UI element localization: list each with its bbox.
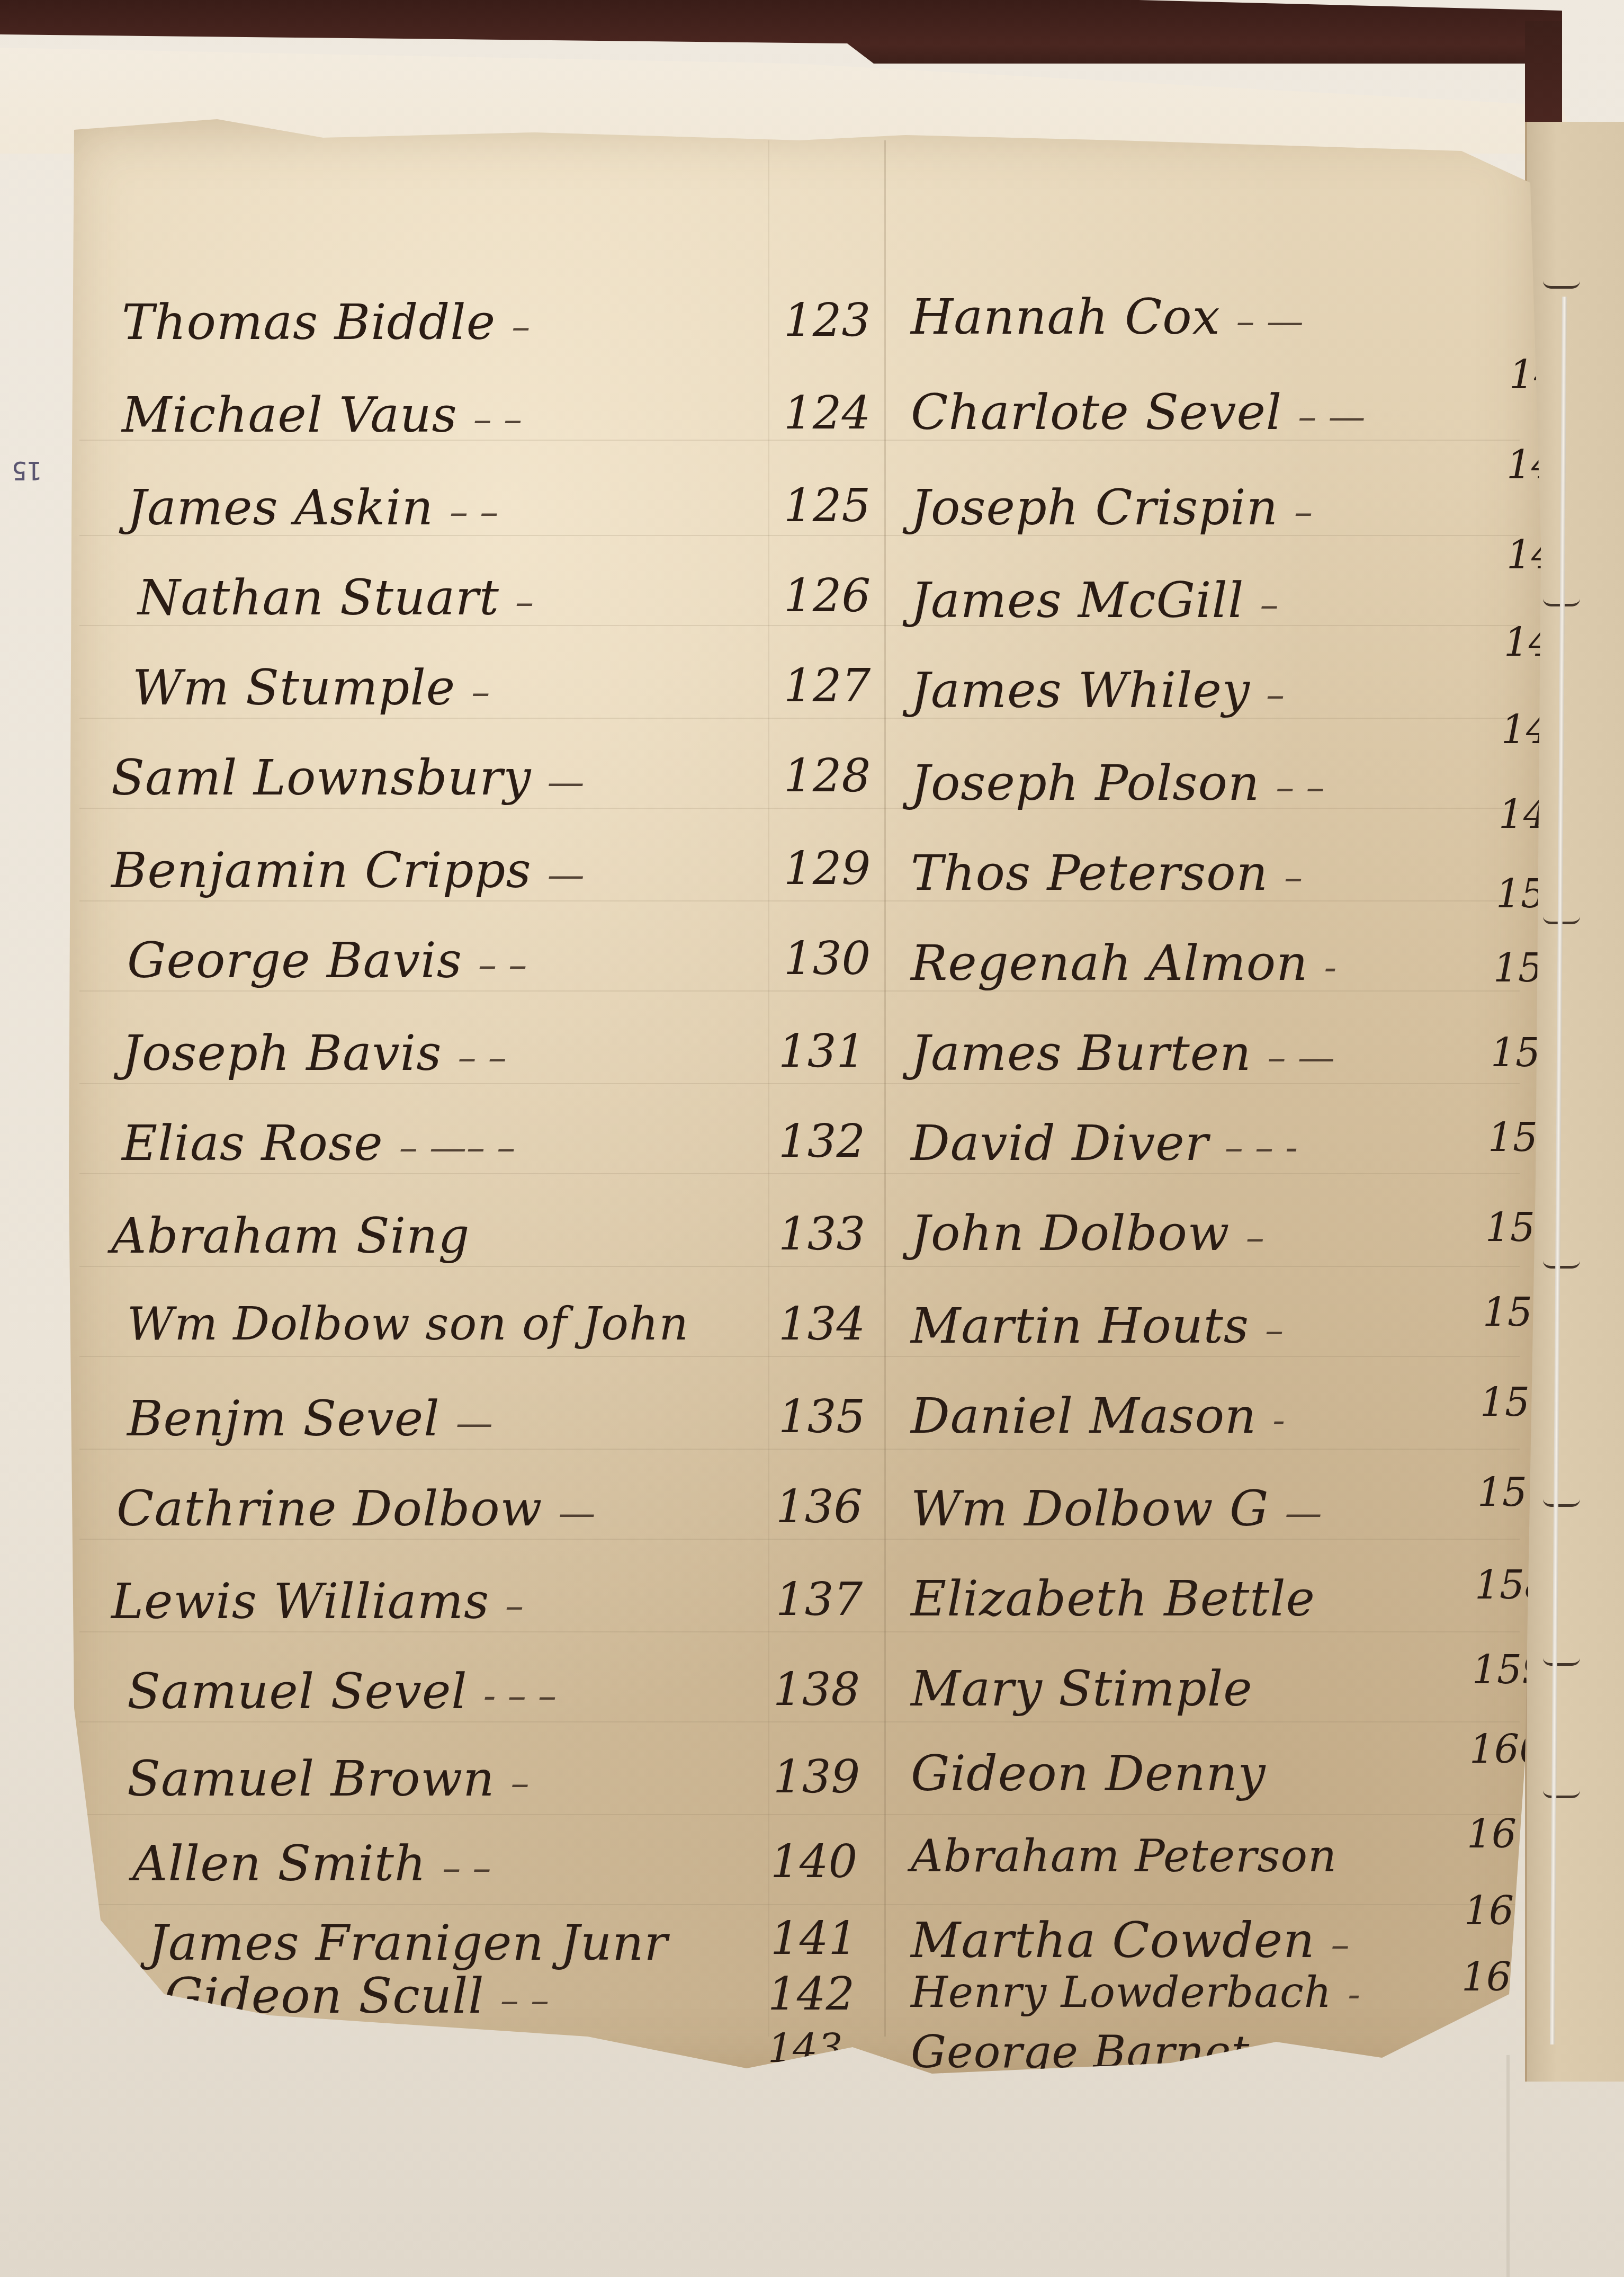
entry-name: Abraham Sing: [111, 1208, 470, 1264]
right-entry: Gideon Denny: [911, 1745, 1282, 1802]
adjacent-page-ink-mark: [1543, 1499, 1580, 1507]
adjacent-page-ink-mark: [1543, 1790, 1580, 1798]
mount-stamp-number: 15: [0, 456, 42, 485]
right-entry: Thos Peterson–: [911, 845, 1303, 901]
entry-name: Martha Cowden: [911, 1912, 1315, 1969]
left-entry: Lewis Williams–: [111, 1573, 524, 1630]
entry-name: Thomas Biddle: [122, 294, 496, 351]
right-entry: Charlote Sevel– —: [911, 384, 1366, 441]
adjacent-page-edge: [1525, 122, 1624, 2082]
entry-name: Joseph Polson: [911, 755, 1260, 811]
entry-name: Benjm Sevel: [127, 1390, 440, 1447]
adjacent-page-ink-mark: [1543, 1658, 1580, 1666]
entry-name: David Diver: [911, 1115, 1209, 1172]
entry-name: Cathrine Dolbow: [116, 1480, 542, 1537]
right-entry: Martin Houts–: [911, 1298, 1284, 1354]
right-entry: James McGill–: [911, 572, 1278, 629]
entry-leader: —: [548, 853, 585, 896]
entry-leader: – —: [1236, 299, 1304, 343]
entry-name: Samuel Brown: [127, 1751, 495, 1807]
entry-name: Regenah Almon: [911, 935, 1308, 992]
right-entry: Martha Cowden–: [911, 1912, 1349, 1969]
right-entry: Hannah Cox– —: [911, 289, 1304, 345]
entry-name: Joseph Crispin: [911, 479, 1278, 536]
left-entry: Samuel Brown–: [127, 1751, 529, 1807]
entry-leader: –: [1265, 1308, 1284, 1352]
entry-leader: —: [456, 1401, 493, 1444]
entry-leader: – –: [450, 490, 498, 533]
entry-name: Michael Vaus: [122, 387, 457, 443]
left-entry: Nathan Stuart–: [138, 569, 534, 626]
entry-name: Wm Dolbow G: [911, 1480, 1269, 1537]
entry-leader: –: [471, 670, 490, 713]
entry-number: 127: [784, 659, 871, 712]
entry-number: 124: [784, 387, 871, 440]
entry-leader: –: [1266, 673, 1285, 716]
entry-number: 126: [784, 569, 871, 622]
entry-number: 129: [784, 842, 871, 895]
entry-name: Saml Lownsbury: [111, 749, 532, 806]
left-entry: James Askin– –: [127, 479, 498, 536]
entry-leader: - – –: [483, 1674, 557, 1717]
entry-name: Abraham Peterson: [911, 1830, 1337, 1882]
adjacent-page-ink-mark: [1543, 1261, 1580, 1269]
right-entry: James Whiley–: [911, 662, 1285, 719]
entry-number: 142: [768, 1968, 855, 2021]
left-entry: Saml Lownsbury—: [111, 749, 585, 806]
entry-leader: – –: [1276, 765, 1324, 809]
entry-name: Gideon Denny: [911, 1745, 1266, 1802]
entry-number: 130: [784, 932, 871, 985]
left-entry: Cathrine Dolbow—: [116, 1480, 595, 1537]
right-entry: Elizabeth Bettle: [911, 1570, 1331, 1627]
entry-leader: – –: [457, 1035, 506, 1079]
left-entry: Wm Dolbow son of John: [127, 1298, 705, 1351]
entry-leader: -: [1324, 945, 1336, 989]
entry-name: James Whiley: [911, 662, 1250, 719]
right-entry: Henry Lowderbach-: [911, 1968, 1360, 2017]
left-entry: Allen Smith– –: [132, 1835, 491, 1892]
entry-number: 133: [778, 1208, 865, 1261]
right-entry: Wm Dolbow G—: [911, 1480, 1322, 1537]
entry-name: James Franigen Junr: [148, 1915, 668, 1971]
entry-name: Thos Peterson: [911, 845, 1268, 901]
entry-leader: -: [1272, 1398, 1285, 1442]
right-entry: Joseph Polson– –: [911, 755, 1324, 811]
entry-name: James McGill: [911, 572, 1244, 629]
entry-name: Nathan Stuart: [138, 569, 499, 626]
entry-leader: –: [505, 1584, 524, 1627]
entry-name: Charlote Sevel: [911, 384, 1282, 441]
entry-leader: –: [1284, 855, 1303, 899]
right-entry: Mary Stimple: [911, 1660, 1269, 1717]
entry-leader: -: [1348, 1972, 1360, 2016]
entry-leader: –: [512, 305, 530, 348]
left-entry: Wm Stumple–: [132, 659, 490, 716]
entry-leader: –: [1246, 1216, 1264, 1259]
left-entry: Abraham Sing: [111, 1208, 486, 1264]
right-entry: James Burten– —: [911, 1025, 1335, 1082]
entry-name: Daniel Mason: [911, 1388, 1257, 1444]
entry-leader: – —: [1267, 1035, 1334, 1079]
entry-number: 123: [784, 294, 871, 347]
entry-number: 137: [776, 1573, 863, 1626]
entry-name: Wm Stumple: [132, 659, 455, 716]
right-entry: Joseph Crispin–: [911, 479, 1313, 536]
left-entry: George Bavis– –: [127, 932, 527, 989]
entry-leader: – —– –: [399, 1126, 516, 1169]
entry-number: 128: [784, 749, 871, 802]
right-entry: David Diver– – -: [911, 1115, 1298, 1172]
entry-leader: —: [558, 1491, 595, 1534]
entry-name: Joseph Bavis: [122, 1025, 442, 1082]
entry-name: Allen Smith: [132, 1835, 426, 1892]
entry-leader: —: [1285, 1491, 1322, 1534]
left-entry: Benjamin Cripps—: [111, 842, 585, 899]
entry-number: 131: [778, 1025, 865, 1078]
entry-name: Hannah Cox: [911, 289, 1221, 345]
entry-name: James Burten: [911, 1025, 1251, 1082]
adjacent-page-ink-mark: [1543, 281, 1580, 289]
entry-name: Lewis Williams: [111, 1573, 489, 1630]
entry-leader: –: [1294, 490, 1313, 533]
entry-name: George Bavis: [127, 932, 462, 989]
right-entry: John Dolbow–: [911, 1205, 1264, 1262]
left-entry: Benjm Sevel—: [127, 1390, 493, 1447]
entry-name: Benjamin Cripps: [111, 842, 532, 899]
entry-leader: – –: [473, 397, 522, 441]
entry-leader: –: [515, 580, 534, 623]
entry-name: Mary Stimple: [911, 1660, 1253, 1717]
entry-number: 138: [773, 1663, 860, 1716]
entry-name: Henry Lowderbach: [911, 1968, 1332, 2017]
entry-number: 136: [776, 1480, 863, 1533]
entry-number: 141: [770, 1912, 857, 1965]
entry-leader: – –: [500, 1978, 549, 2022]
entry-leader: – –: [442, 1846, 491, 1889]
left-entry: Joseph Bavis– –: [122, 1025, 507, 1082]
entry-name: Elizabeth Bettle: [911, 1570, 1315, 1627]
left-entry: Michael Vaus– –: [122, 387, 522, 443]
entry-leader: – –: [478, 943, 527, 986]
entry-leader: – – -: [1225, 1126, 1298, 1169]
entry-name: James Askin: [127, 479, 434, 536]
right-entry: Abraham Peterson: [911, 1830, 1353, 1882]
book-binding-edge: [1525, 21, 1562, 122]
entry-name: John Dolbow: [911, 1205, 1230, 1262]
entry-leader: –: [1260, 583, 1278, 626]
entry-number: 132: [778, 1115, 865, 1168]
left-entry: Samuel Sevel- – –: [127, 1663, 557, 1720]
left-entry: James Franigen Junr: [148, 1915, 684, 1971]
entry-name: Elias Rose: [122, 1115, 383, 1172]
mount-divider: [1506, 2055, 1510, 2277]
entry-leader: —: [548, 760, 585, 803]
right-entry: Daniel Mason-: [911, 1388, 1285, 1444]
entry-leader: –: [1331, 1923, 1349, 1966]
entry-leader: –: [510, 1761, 529, 1805]
entry-name: Wm Dolbow son of John: [127, 1298, 689, 1351]
register-entries: Thomas Biddle– Michael Vaus– – James Ask…: [58, 119, 1546, 2079]
entry-number: 125: [784, 479, 871, 532]
entry-number: 139: [773, 1751, 860, 1803]
entry-number: 134: [778, 1298, 865, 1351]
entry-leader: – —: [1298, 395, 1365, 438]
entry-name: Samuel Sevel: [127, 1663, 468, 1720]
entry-name: Martin Houts: [911, 1298, 1249, 1354]
entry-number: 135: [778, 1390, 865, 1443]
left-entry: Thomas Biddle–: [122, 294, 530, 351]
entry-number: 140: [770, 1835, 857, 1888]
manuscript-page: Thomas Biddle– Michael Vaus– – James Ask…: [58, 119, 1546, 2079]
right-entry: Regenah Almon-: [911, 935, 1336, 992]
left-entry: Elias Rose– —– –: [122, 1115, 515, 1172]
